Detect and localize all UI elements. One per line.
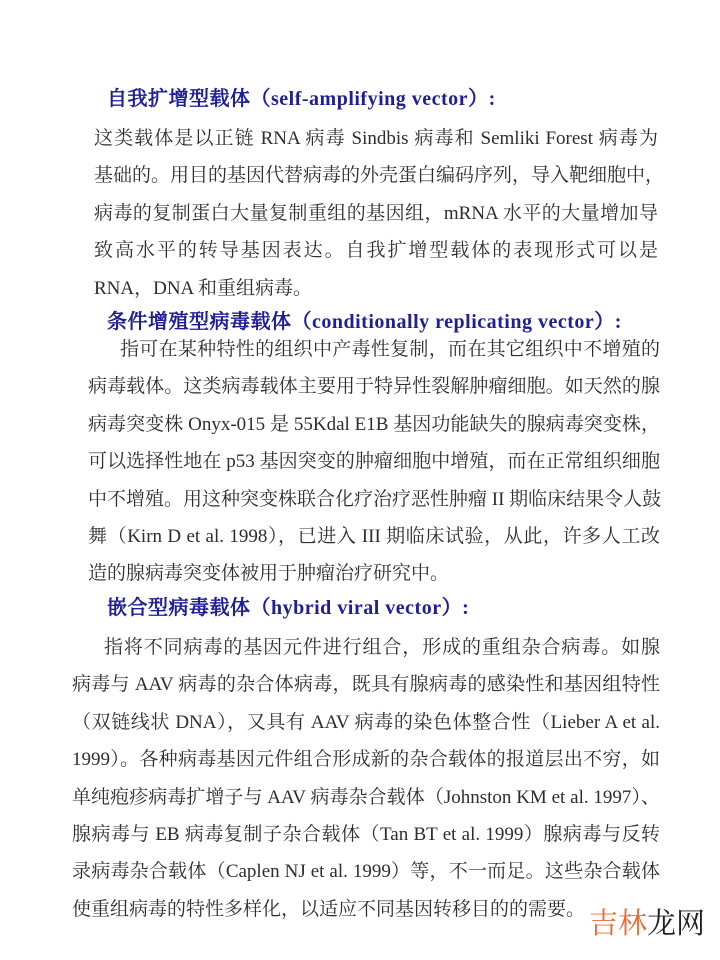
section-conditionally-replicating-vector: 条件增殖型病毒载体（conditionally replicating vect… xyxy=(72,307,660,593)
text-line: RNA，DNA 和重组病毒。 xyxy=(94,270,658,307)
text-line: 中不增殖。用这种突变株联合化疗治疗恶性肿瘤 II 期临床结果令人鼓 xyxy=(88,481,660,518)
text-line: （双链线状 DNA），又具有 AAV 病毒的染色体整合性（Lieber A et… xyxy=(72,704,660,741)
watermark-longwang: 龙网 xyxy=(647,908,705,940)
text-line: 病毒突变株 Onyx-015 是 55Kdal E1B 基因功能缺失的腺病毒突变… xyxy=(88,406,660,443)
text-line: 病毒载体。这类病毒载体主要用于特异性裂解肿瘤细胞。如天然的腺 xyxy=(88,368,660,405)
text-line: 造的腺病毒突变体被用于肿瘤治疗研究中。 xyxy=(88,555,660,592)
hybrid-viral-vector-paragraph: 指将不同病毒的基因元件进行组合，形成的重组杂合病毒。如腺病毒与 AAV 病毒的杂… xyxy=(72,629,660,928)
text-line: 1999）。各种病毒基因元件组合形成新的杂合载体的报道层出不穷，如 xyxy=(72,741,660,778)
text-line: 可以选择性地在 p53 基因突变的肿瘤细胞中增殖，而在正常组织细胞 xyxy=(88,443,660,480)
text-line: 使重组病毒的特性多样化，以适应不同基因转移目的的需要。 xyxy=(72,891,660,928)
watermark-jilin: 吉林 xyxy=(589,908,647,940)
text-line: 致高水平的转导基因表达。自我扩增型载体的表现形式可以是 xyxy=(94,232,658,269)
self-amplifying-vector-heading: 自我扩增型载体（self-amplifying vector）: xyxy=(107,84,660,114)
hybrid-viral-vector-heading: 嵌合型病毒载体（hybrid viral vector）: xyxy=(107,593,660,623)
text-line: 舞（Kirn D et al. 1998），已进入 III 期临床试验，从此，许… xyxy=(88,518,660,555)
section-hybrid-viral-vector: 嵌合型病毒载体（hybrid viral vector）: 指将不同病毒的基因元… xyxy=(72,593,660,928)
section-self-amplifying-vector: 自我扩增型载体（self-amplifying vector）: 这类载体是以正… xyxy=(72,84,660,307)
text-line: 单纯疱疹病毒扩增子与 AAV 病毒杂合载体（Johnston KM et al.… xyxy=(72,779,660,816)
text-line: 病毒的复制蛋白大量复制重组的基因组，mRNA 水平的大量增加导 xyxy=(94,195,658,232)
self-amplifying-vector-paragraph: 这类载体是以正链 RNA 病毒 Sindbis 病毒和 Semliki Fore… xyxy=(94,120,658,307)
watermark: 吉林龙网 xyxy=(589,910,705,939)
text-line: 指可在某种特性的组织中产毒性复制，而在其它组织中不增殖的 xyxy=(88,331,660,368)
document-page: 自我扩增型载体（self-amplifying vector）: 这类载体是以正… xyxy=(0,0,720,960)
text-line: 录病毒杂合载体（Caplen NJ et al. 1999）等，不一而足。这些杂… xyxy=(72,853,660,890)
text-line: 腺病毒与 EB 病毒复制子杂合载体（Tan BT et al. 1999）腺病毒… xyxy=(72,816,660,853)
text-line: 基础的。用目的基因代替病毒的外壳蛋白编码序列，导入靶细胞中， xyxy=(94,157,658,194)
text-line: 指将不同病毒的基因元件进行组合，形成的重组杂合病毒。如腺 xyxy=(72,629,660,666)
text-line: 病毒与 AAV 病毒的杂合体病毒，既具有腺病毒的感染性和基因组特性 xyxy=(72,666,660,703)
text-line: 这类载体是以正链 RNA 病毒 Sindbis 病毒和 Semliki Fore… xyxy=(94,120,658,157)
conditionally-replicating-vector-paragraph: 指可在某种特性的组织中产毒性复制，而在其它组织中不增殖的病毒载体。这类病毒载体主… xyxy=(88,331,660,593)
